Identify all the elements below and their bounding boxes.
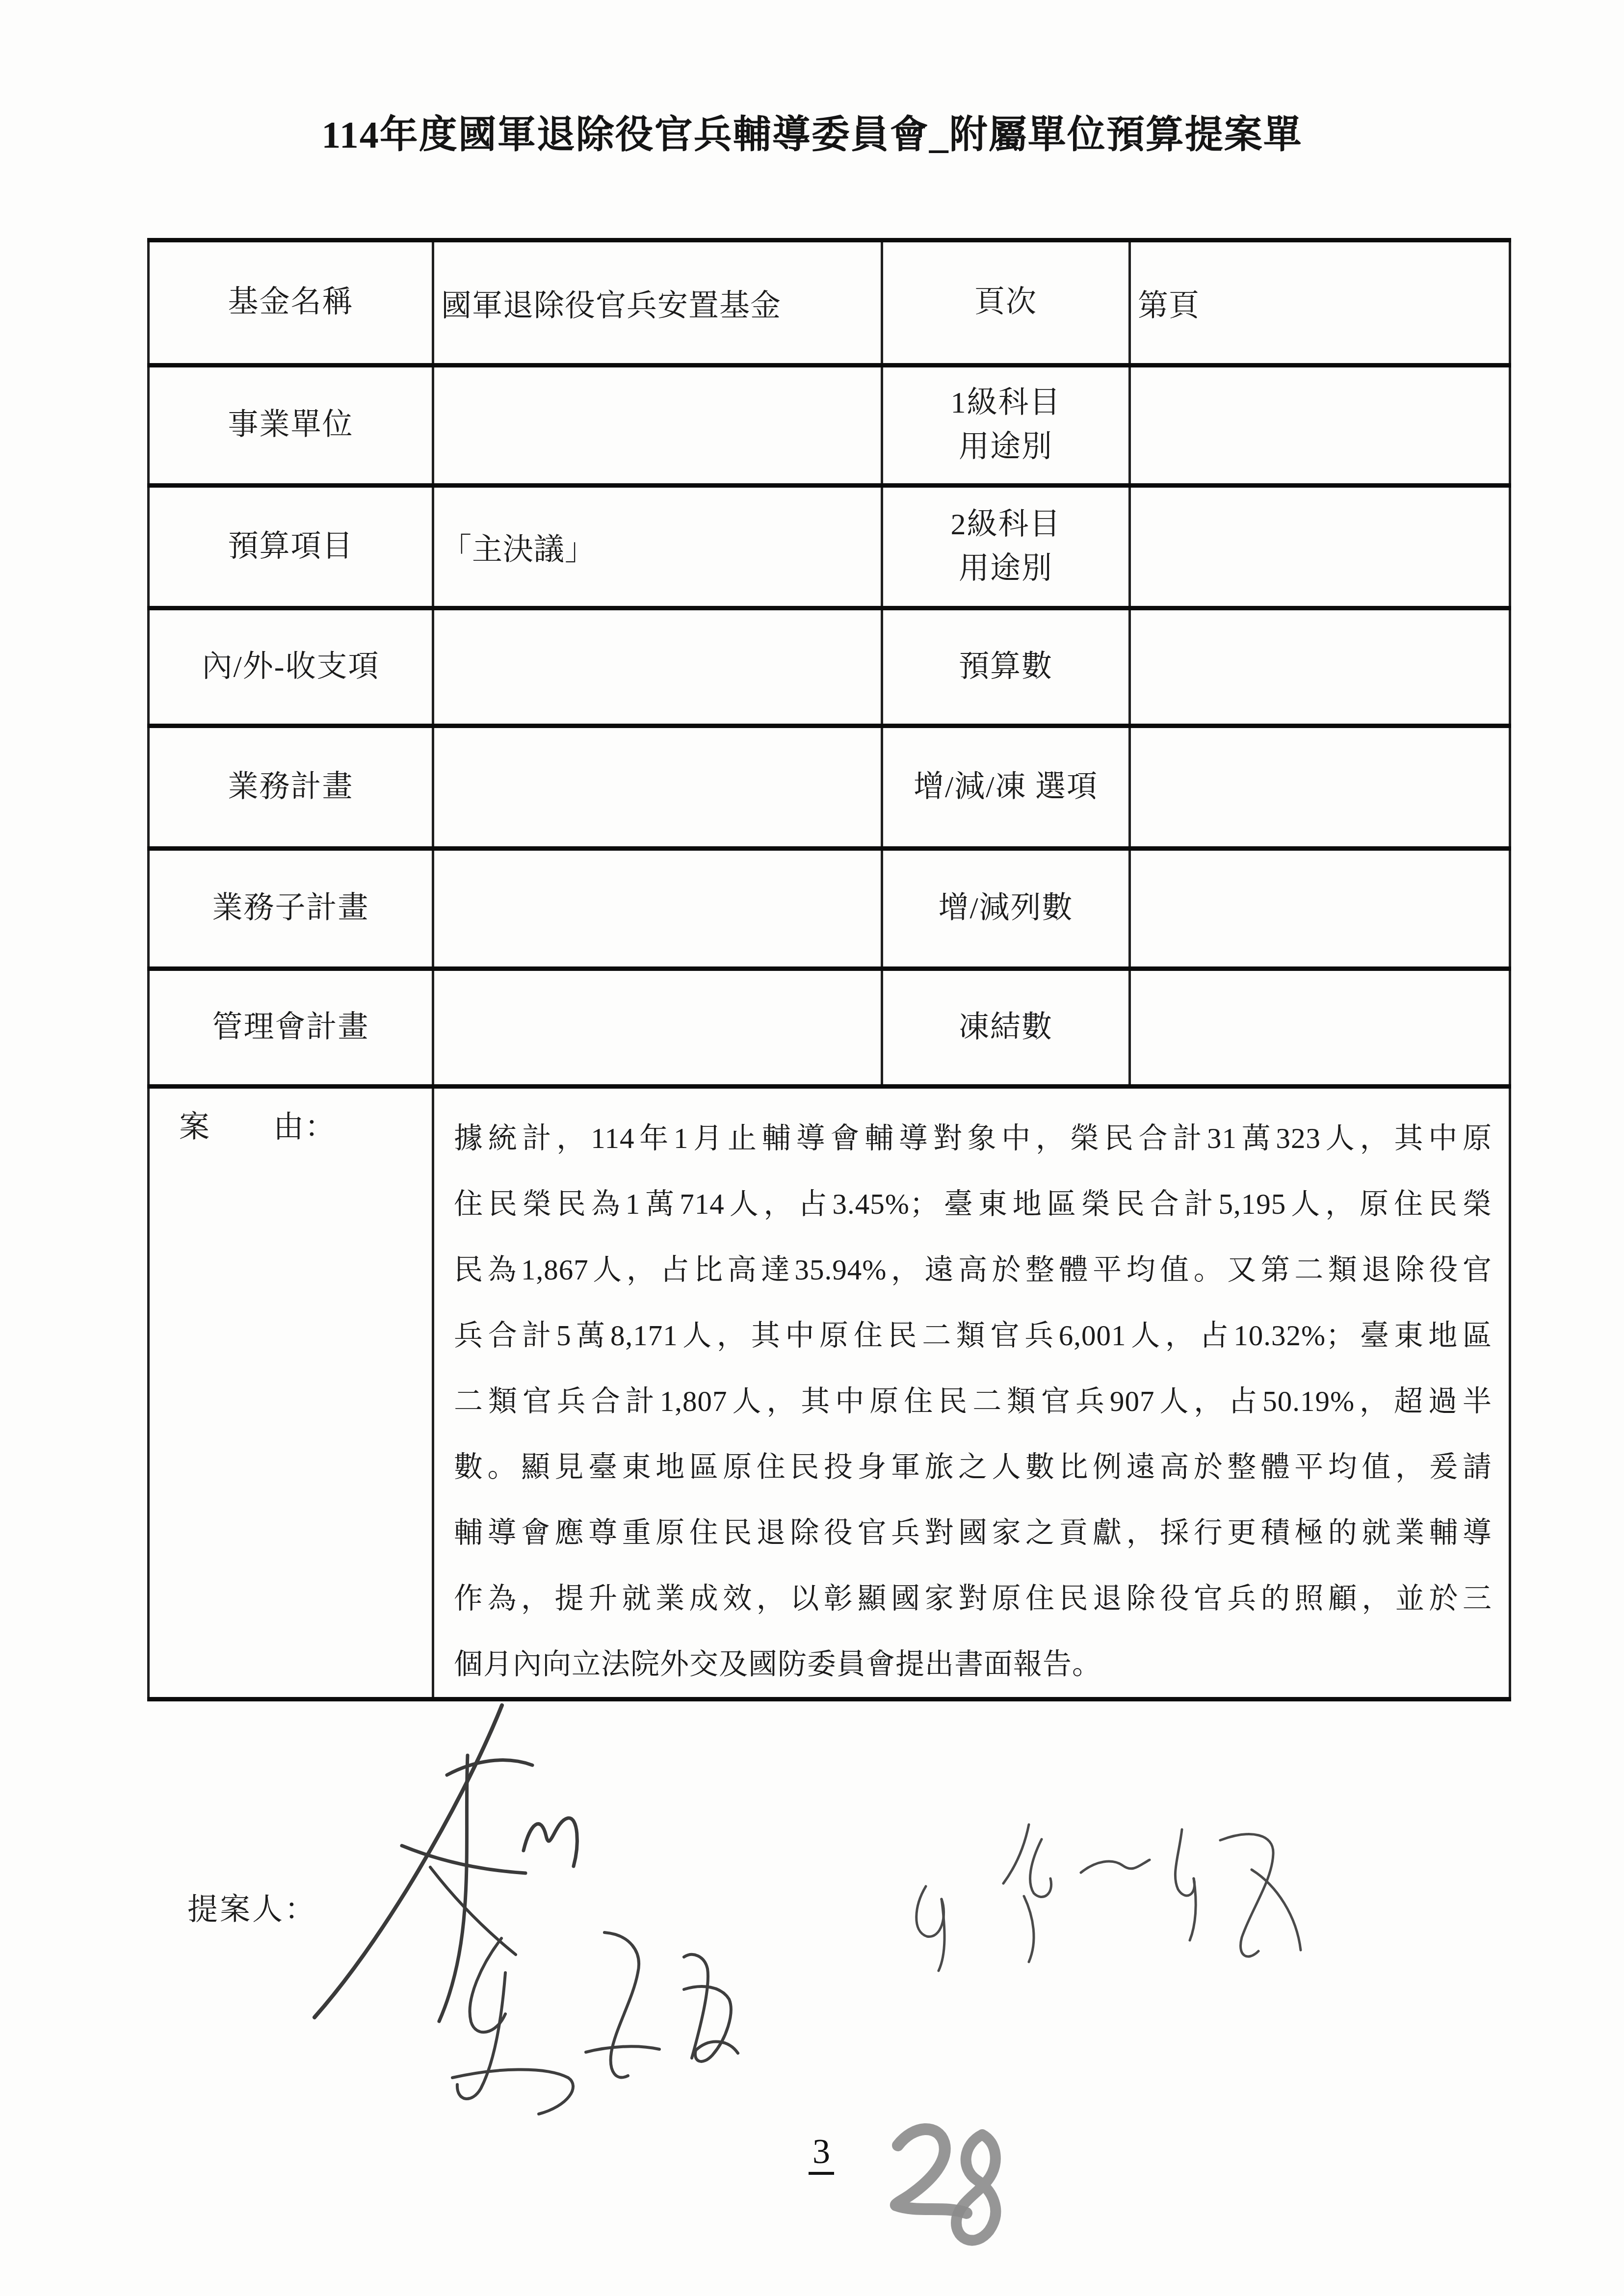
business-plan-label: 業務計畫 [149,726,433,849]
management-plan-value [433,969,882,1087]
case-row: 案 由： 據統計，114年1月止輔導會輔導對象中，榮民合計31萬323人，其中原… [149,1087,1510,1699]
case-line: 住民榮民為1萬714人，占3.45%；臺東地區榮民合計5,195人，原住民榮 [454,1171,1492,1237]
table-row: 事業單位 1級科目 用途別 [149,365,1510,486]
case-line: 二類官兵合計1,807人，其中原住民二類官兵907人，占50.19%，超過半 [454,1368,1492,1434]
case-reason-label: 案 由： [149,1087,433,1699]
proposal-form-table: 基金名稱 國軍退除役官兵安置基金 頁次 第頁 事業單位 1級科目 用途別 預算項… [147,238,1511,1701]
page-index-value: 第頁 [1130,240,1510,365]
case-line: 輔導會應尊重原住民退除役官兵對國家之貢獻，採行更積極的就業輔導 [454,1500,1492,1565]
business-subplan-label: 業務子計畫 [149,849,433,969]
budget-amount-label: 預算數 [882,608,1130,726]
case-line: 民為1,867人，占比高達35.94%，遠高於整體平均值。又第二類退除役官 [454,1237,1492,1303]
level2-subject-label: 2級科目 用途別 [882,486,1130,608]
internal-external-value [433,608,882,726]
internal-external-label: 內/外-收支項 [149,608,433,726]
business-subplan-value [433,849,882,969]
case-reason-text: 據統計，114年1月止輔導會輔導對象中，榮民合計31萬323人，其中原 住民榮民… [433,1087,1510,1699]
scanned-budget-proposal-page: 114年度國軍退除役官兵輔導委員會_附屬單位預算提案單 基金名稱 國軍退除役官兵… [0,0,1624,2296]
proposer-label: 提案人： [187,1885,317,1929]
inc-dec-freeze-option-label: 增/減/凍 選項 [882,726,1130,849]
budget-item-label: 預算項目 [149,486,433,608]
table-row: 管理會計畫 凍結數 [149,969,1510,1087]
business-unit-label: 事業單位 [149,365,433,486]
frozen-amount-label: 凍結數 [882,969,1130,1087]
inc-dec-rows-label: 增/減列數 [882,849,1130,969]
case-line: 據統計，114年1月止輔導會輔導對象中，榮民合計31萬323人，其中原 [454,1105,1492,1171]
business-unit-value [433,365,882,486]
case-line: 數。顯見臺東地區原住民投身軍旅之人數比例遠高於整體平均值，爰請 [454,1434,1492,1500]
table-row: 內/外-收支項 預算數 [149,608,1510,726]
page-title: 114年度國軍退除役官兵輔導委員會_附屬單位預算提案單 [0,104,1624,159]
table-row: 業務計畫 增/減/凍 選項 [149,726,1510,849]
inc-dec-rows-value [1130,849,1510,969]
level1-subject-label: 1級科目 用途別 [882,365,1130,486]
table-row: 預算項目 「主決議」 2級科目 用途別 [149,486,1510,608]
budget-amount-value [1130,608,1510,726]
management-plan-label: 管理會計畫 [149,969,433,1087]
business-plan-value [433,726,882,849]
budget-item-value: 「主決議」 [433,486,882,608]
case-line: 作為，提升就業成效，以彰顯國家對原住民退除役官兵的照顧，並於三 [454,1565,1492,1631]
case-line: 兵合計5萬8,171人，其中原住民二類官兵6,001人，占10.32%；臺東地區 [454,1303,1492,1368]
proposer-signature-2 [442,1926,756,2137]
level1-subject-value [1130,365,1510,486]
level2-subject-value [1130,486,1510,608]
frozen-amount-value [1130,969,1510,1087]
printed-page-number: 3 [809,2132,834,2175]
fund-name-value: 國軍退除役官兵安置基金 [433,240,882,365]
handwritten-page-number [878,2117,1016,2269]
page-index-label: 頁次 [882,240,1130,365]
inc-dec-freeze-option-value [1130,726,1510,849]
proposer-signature-3 [900,1808,1327,1989]
table-row: 業務子計畫 增/減列數 [149,849,1510,969]
case-line: 個月內向立法院外交及國防委員會提出書面報告。 [454,1631,1492,1697]
table-row: 基金名稱 國軍退除役官兵安置基金 頁次 第頁 [149,240,1510,365]
fund-name-label: 基金名稱 [149,240,433,365]
